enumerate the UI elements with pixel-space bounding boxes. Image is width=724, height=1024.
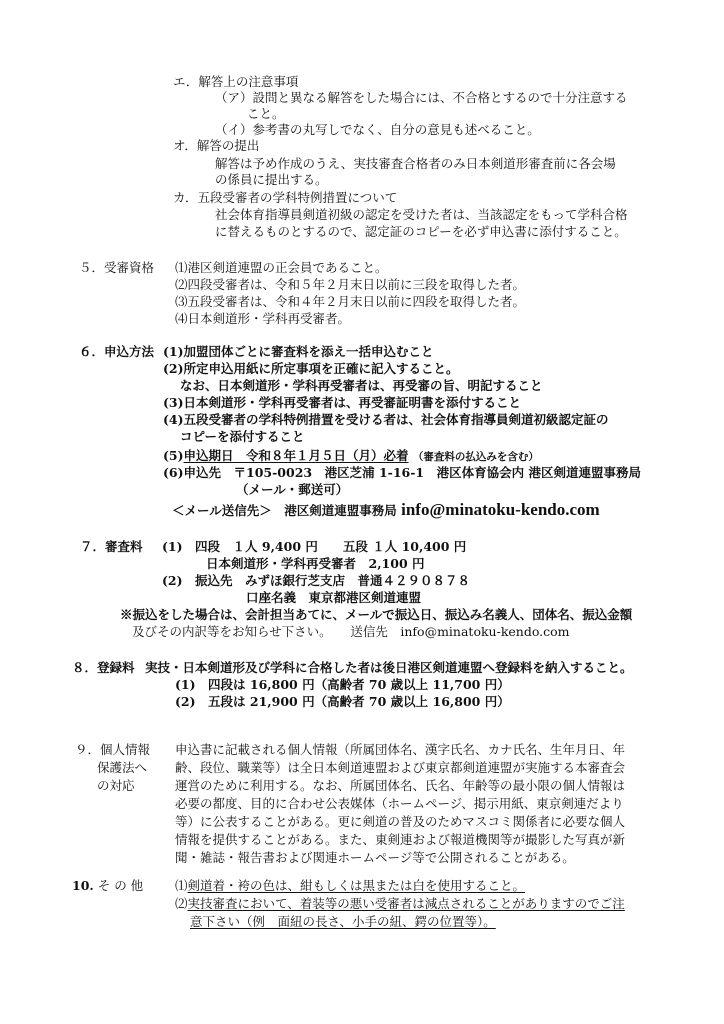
sec6-item-3: (3)日本剣道形・学科再受審者は、再受審証明書を添付すること (163, 395, 521, 411)
sec4-ka-text-cont: に替えるものとするので、認定証のコピーを必ず申込書に添付すること。 (215, 224, 627, 240)
sec4-e-item-a-cont: こと。 (247, 106, 285, 122)
sec7-account-name: 口座名義 東京都港区剣道連盟 (246, 590, 421, 606)
sec8-intro: 実技・日本剣道形及び学科に合格した者は後日港区剣道連盟へ登録料を納入すること。 (145, 660, 633, 676)
sec6-deadline-note: （審査料の払込みを含む） (413, 451, 539, 463)
sec8-item-1: (1) 四段は 16,800 円（高齢者 70 歳以上 11,700 円） (175, 677, 510, 693)
sec4-ka-text: 社会体育指導員剣道初級の認定を受けた者は、当該認定をもって学科合格 (215, 207, 628, 223)
sec9-heading-1: ９．個人情報 (75, 742, 150, 758)
sec8-item-2: (2) 五段は 21,900 円（高齢者 70 歳以上 16,800 円） (175, 694, 510, 710)
sec9-line: 申込書に記載される個人情報（所属団体名、漢字氏名、カナ氏名、生年月日、年 (175, 742, 625, 758)
sec9-line: 必要の都度、目的に合わせ公表媒体（ホームページ、掲示用紙、東京剣連だより (175, 796, 624, 812)
sec6-item-6: (6)申込先 〒105-0023 港区芝浦 1-16-1 港区体育協会内 港区剣… (163, 465, 641, 481)
sec9-line: 運営のために利用する。なお、所属団体名、氏名、年齢等の最小限の個人情報は (175, 778, 625, 794)
sec4-e-item-a: （ア）設問と異なる解答をした場合には、不合格とするので十分注意する (215, 90, 628, 106)
sec6-item-1: (1)加盟団体ごとに審査料を添え一括申込むこと (163, 344, 434, 360)
sec4-o-text: 解答は予め作成のうえ、実技審査合格者のみ日本剣道形審査前に各会場 (215, 156, 616, 172)
sec10-heading-label: そ の 他 (98, 878, 143, 893)
sec7-heading: ７．審査料 (80, 539, 143, 555)
sec7-item-1-cont: 日本剣道形・学科再受審者 2,100 円 (206, 556, 425, 572)
sec5-item-1: ⑴港区剣道連盟の正会員であること。 (175, 260, 388, 276)
sec4-o-title: オ．解答の提出 (173, 138, 259, 154)
sec10-item-1: 剣道着・袴の色は、紺もしくは黒または白を使用すること。 (188, 878, 526, 893)
sec6-item-6-note: （メール・郵送可） (236, 482, 348, 498)
sec5-item-3: ⑶五段受審者は、令和４年２月末日以前に四段を取得した者。 (175, 294, 525, 310)
sec9-line: 等）に公表することがある。更に剣道の普及のためマスコミ関係者に必要な個人 (175, 814, 625, 830)
sec9-line: 情報を提供することがある。また、東剣連および報道機関等が撮影した写真が新 (175, 832, 625, 848)
sec10-heading-num: 10. (72, 878, 94, 893)
sec6-mail-label: ＜メール送信先＞ 港区剣道連盟事務局 (172, 503, 397, 518)
sec10-item-2: 実技審査において、着装等の悪い受審者は減点されることがありますのでご注 (188, 896, 625, 911)
sec10-item-1-num: ⑴ (175, 878, 188, 893)
sec7-item-2: (2) 振込先 みずほ銀行芝支店 普通４２９０８７８ (162, 573, 470, 589)
sec7-item-1: (1) 四段 １人 9,400 円 五段 １人 10,400 円 (162, 539, 466, 555)
sec4-e-item-i: （イ）参考書の丸写しでなく、自分の意見も述べること。 (215, 122, 540, 138)
sec5-heading: ５．受審資格 (79, 260, 154, 276)
sec4-e-title: エ．解答上の注意事項 (173, 74, 298, 90)
sec5-item-4: ⑷日本剣道形・学科再受審者。 (175, 311, 350, 327)
sec6-deadline: 申込期日 令和８年１月５日（月）必着 (184, 448, 409, 463)
sec10-item-2-cont: 意下さい（例 面紐の長さ、小手の紐、鍔の位置等）。 (190, 914, 496, 930)
sec9-heading-3: の対応 (97, 778, 135, 794)
sec6-item-2-note: なお、日本剣道形・学科再受審者は、再受審の旨、明記すること (180, 378, 543, 394)
sec6-item-5-num: (5) (163, 448, 184, 463)
sec9-line: 聞・雑誌・報告書および関連ホームページ等で公開されることがある。 (175, 850, 575, 866)
sec6-heading: ６．申込方法 (79, 344, 154, 360)
sec9-line: 齢、段位、職業等）は全日本剣道連盟および東京都剣道連盟が実施する本審査会 (175, 760, 625, 776)
sec9-heading-2: 保護法へ (97, 760, 147, 776)
sec5-item-2: ⑵四段受審者は、令和５年２月末日以前に三段を取得した者。 (175, 277, 525, 293)
sec6-mail-address[interactable]: info@minatoku-kendo.com (401, 500, 600, 519)
sec8-heading: ８．登録料 (72, 660, 135, 676)
sec6-item-2: (2)所定申込用紙に所定事項を正確に記入すること。 (163, 361, 459, 377)
sec6-item-4: (4)五段受審者の学科特例措置を受ける者は、社会体育指導員剣道初級認定証の (163, 412, 609, 428)
sec7-note: ※振込をした場合は、会計担当あてに、メールで振込日、振込み名義人、団体名、振込金… (120, 607, 632, 623)
sec4-o-text-cont: の係員に提出する。 (215, 172, 328, 188)
sec4-ka-title: カ．五段受審者の学科特例措置について (173, 190, 397, 206)
sec6-item-4-cont: コピーを添付すること (180, 429, 305, 445)
sec7-note-cont: 及びその内訳等をお知らせ下さい。 送信先 info@minatoku-kendo… (132, 624, 570, 640)
sec10-item-2-num: ⑵ (175, 896, 188, 911)
